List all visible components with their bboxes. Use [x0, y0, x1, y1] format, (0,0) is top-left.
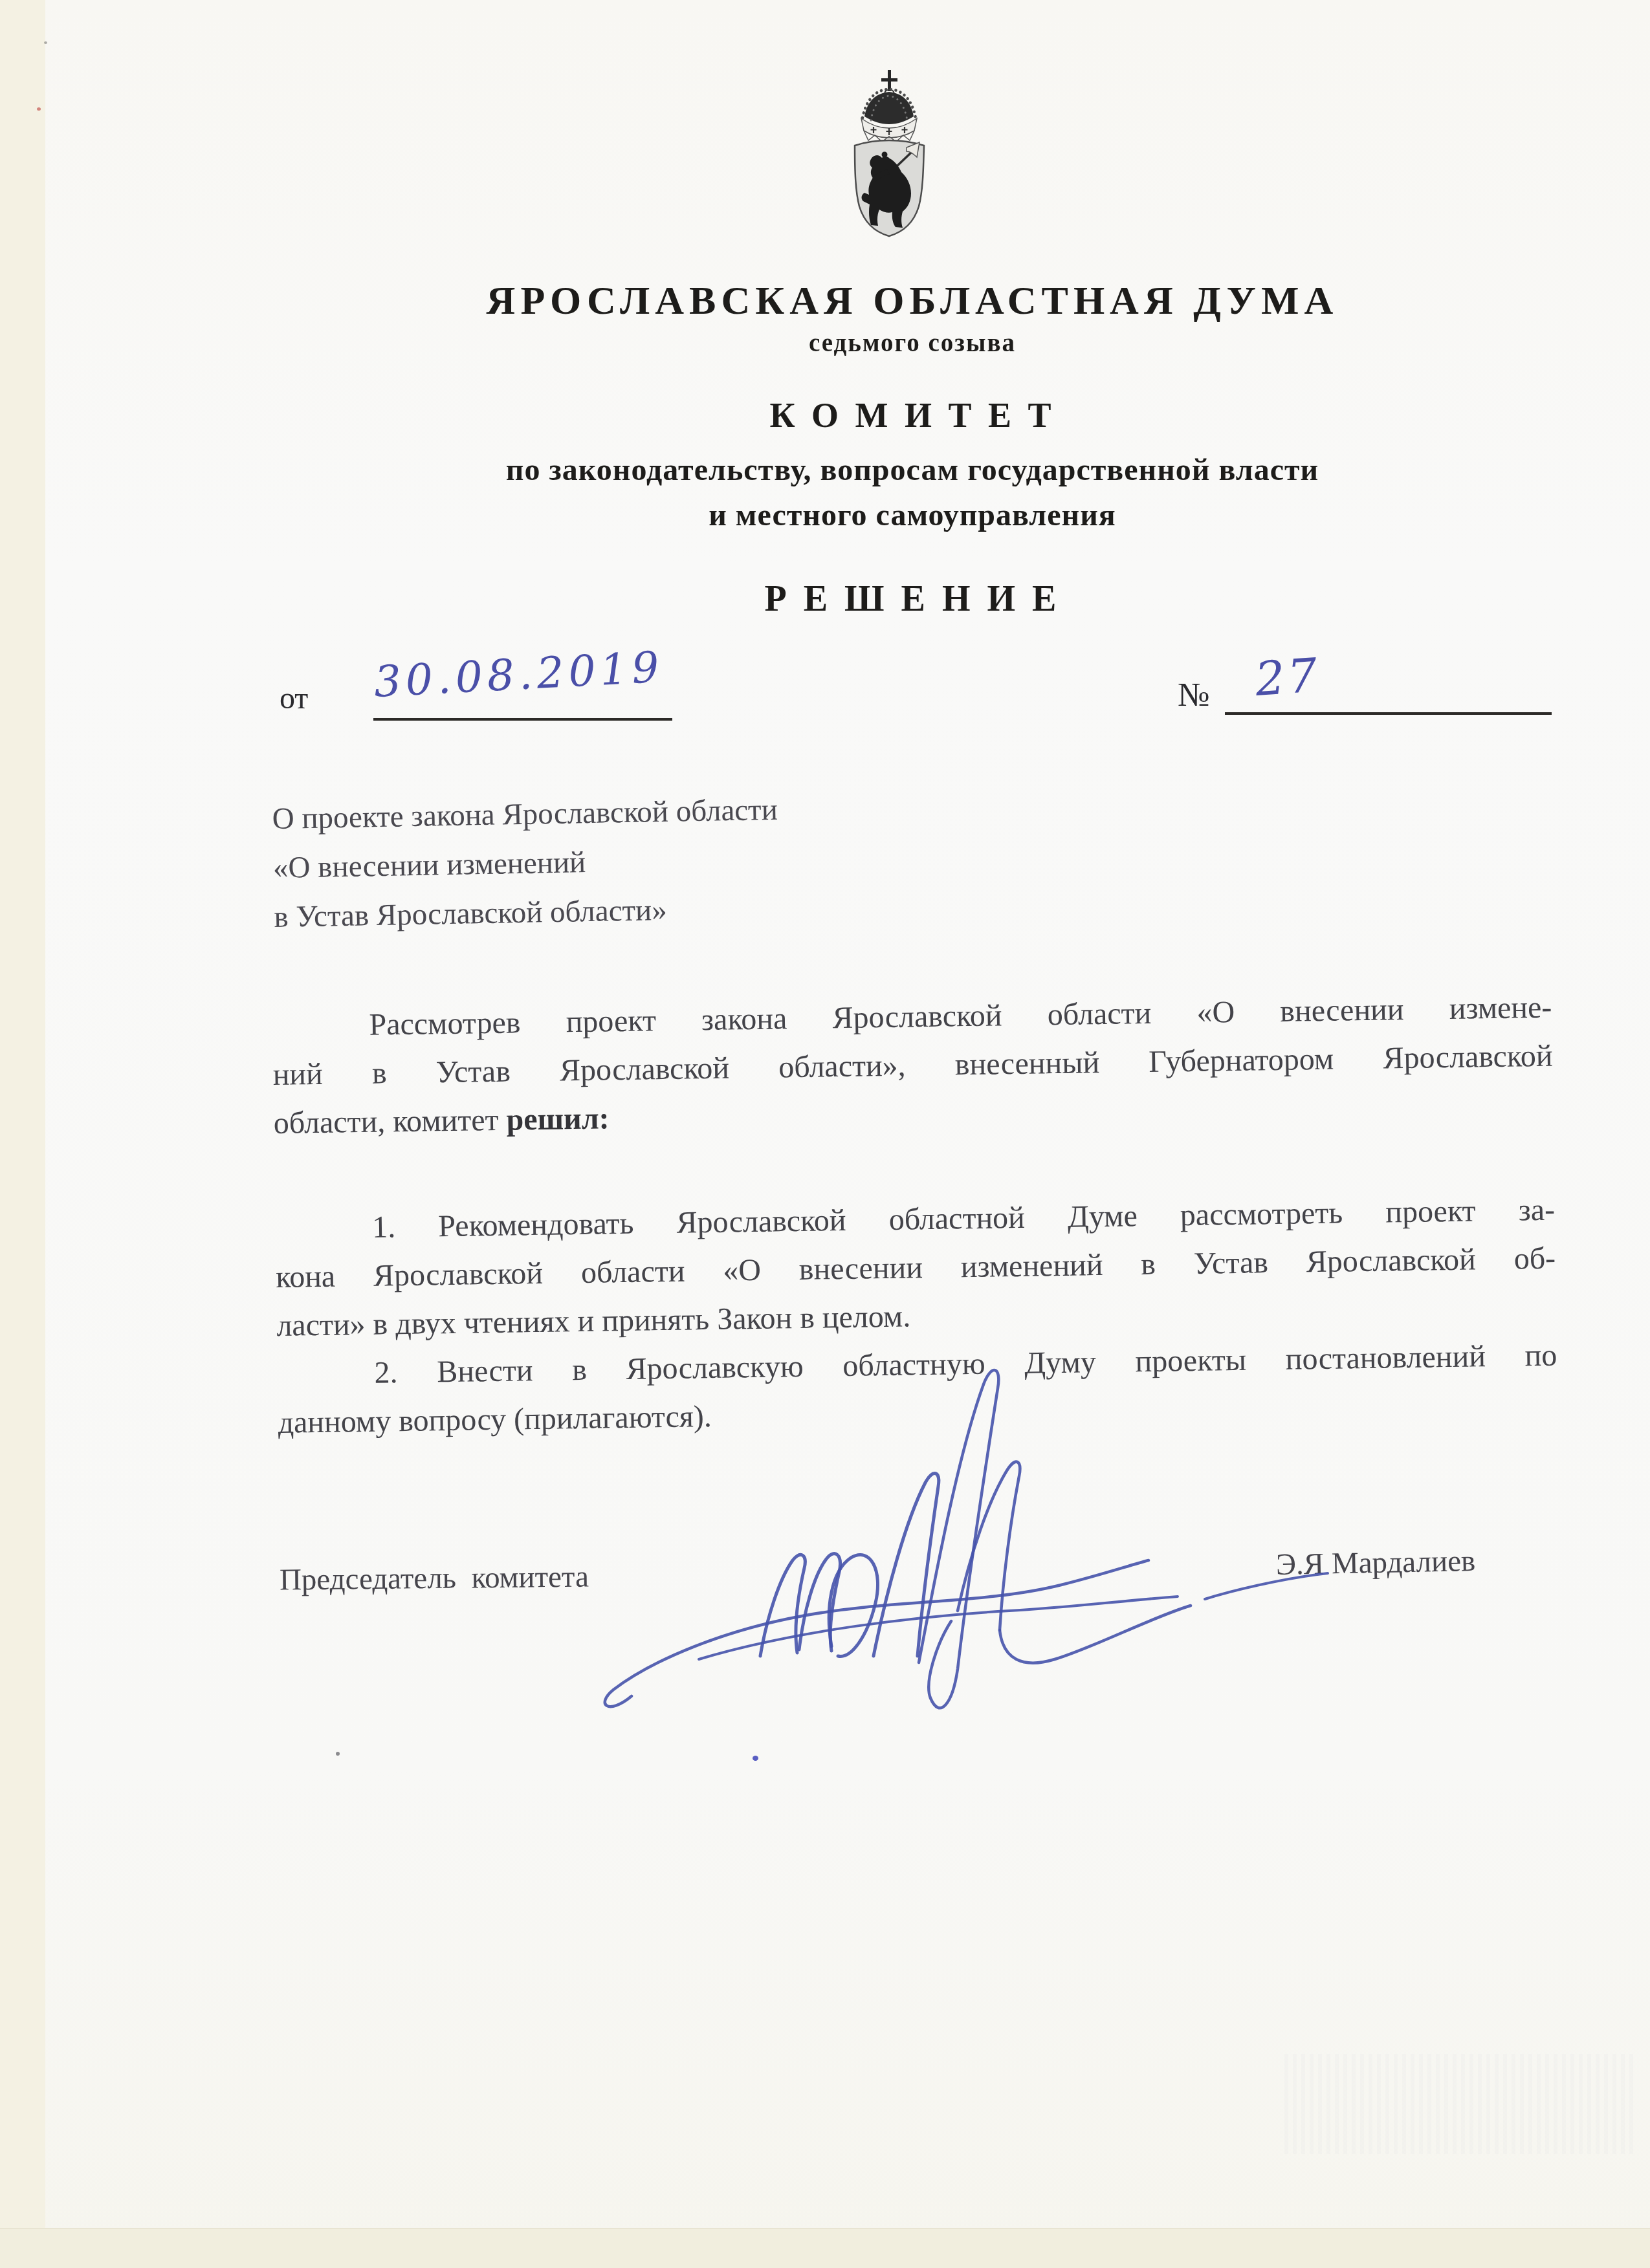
handwritten-number: 27: [1253, 648, 1321, 706]
bleed-through-ghost: [1284, 2054, 1637, 2154]
dust-speck: [44, 41, 47, 44]
resolved-keyword: решил:: [506, 1101, 610, 1137]
document-type-heading: Р Е Ш Е Н И Е: [272, 578, 1553, 620]
number-label: №: [1178, 676, 1210, 714]
committee-subtitle-line1: по законодательству, вопросам государств…: [272, 452, 1553, 489]
org-name: ЯРОСЛАВСКАЯ ОБЛАСТНАЯ ДУМА: [272, 278, 1553, 323]
committee-subtitle-line2: и местного самоуправления: [272, 497, 1553, 534]
convocation: седьмого созыва: [272, 328, 1553, 359]
crown-icon: [861, 89, 917, 142]
dust-speck: [37, 107, 41, 111]
handwritten-date: 30.08.2019: [373, 642, 665, 707]
subject-block: О проекте закона Ярославской области «О …: [272, 778, 1180, 942]
scanned-decision-document: ЯРОСЛАВСКАЯ ОБЛАСТНАЯ ДУМА седьмого созы…: [0, 0, 1650, 2268]
scan-bottom-edge: [0, 2228, 1650, 2268]
number-underline: [1225, 712, 1552, 715]
dust-speck: [336, 1752, 340, 1756]
coat-of-arms: [841, 63, 938, 239]
scan-left-edge: [0, 0, 45, 2268]
committee-title: К О М И Т Е Т: [272, 395, 1553, 436]
ink-dot: [753, 1756, 758, 1761]
date-label: от: [280, 681, 308, 716]
signature-ink: [505, 1307, 1346, 1760]
date-underline: [373, 718, 672, 721]
paragraph-text: области, комитет: [273, 1103, 506, 1140]
